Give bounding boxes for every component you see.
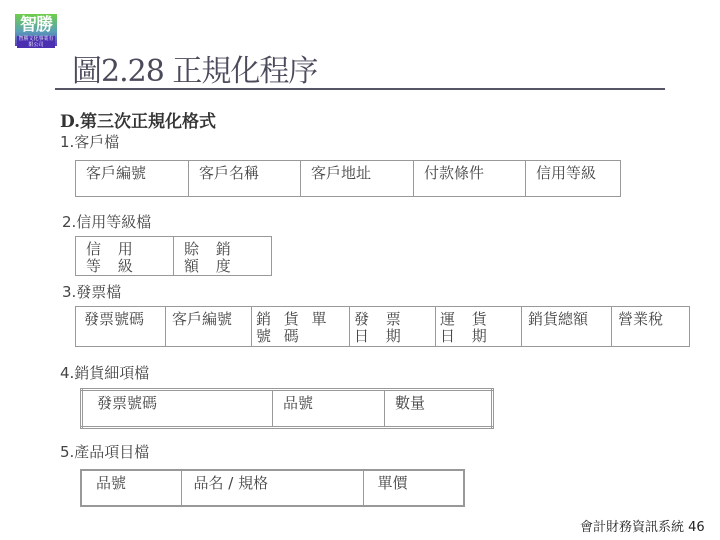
- product-file-label: 5.產品項目檔: [60, 441, 149, 462]
- credit-file-label: 2.信用等級檔: [62, 211, 151, 232]
- table-cell: 運 貨 日 期: [436, 307, 522, 347]
- table-row: 發票號碼 品號 數量: [82, 390, 493, 428]
- footer: 會計財務資訊系統 46: [580, 516, 705, 535]
- publisher-logo: 智勝 智勝文化事業有限公司: [15, 14, 57, 46]
- page-title: 圖2.28 正規化程序: [72, 46, 317, 90]
- footer-book-title: 會計財務資訊系統: [580, 520, 684, 535]
- page-number: 46: [688, 520, 705, 535]
- logo-text: 智勝: [15, 14, 57, 36]
- table-cell: 營業稅: [612, 307, 690, 347]
- title-divider: [55, 88, 665, 90]
- sales-detail-file-table: 發票號碼 品號 數量: [80, 388, 494, 429]
- table-cell: 單價: [363, 470, 464, 506]
- table-cell: 賒 銷 額 度: [174, 237, 272, 276]
- table-row: 客戶編號 客戶名稱 客戶地址 付款條件 信用等級: [76, 161, 621, 197]
- table-cell: 品號: [81, 470, 181, 506]
- table-cell: 客戶編號: [76, 161, 189, 197]
- product-file-table: 品號 品名 / 規格 單價: [80, 469, 465, 507]
- invoice-file-table: 發票號碼 客戶編號 銷 貨 單 號 碼 發 票 日 期 運 貨 日 期 銷貨總額…: [75, 306, 690, 347]
- table-cell: 數量: [385, 390, 493, 428]
- credit-file-table: 信 用 等 級 賒 銷 額 度: [75, 236, 272, 276]
- table-row: 品號 品名 / 規格 單價: [81, 470, 464, 506]
- table-cell: 信用等級: [526, 161, 621, 197]
- table-cell: 客戶編號: [166, 307, 252, 347]
- logo-subtext: 智勝文化事業有限公司: [17, 36, 55, 48]
- table-cell: 發票號碼: [76, 307, 166, 347]
- table-cell: 付款條件: [414, 161, 526, 197]
- invoice-file-label: 3.發票檔: [62, 281, 121, 302]
- table-cell: 品名 / 規格: [181, 470, 363, 506]
- table-cell: 發票號碼: [82, 390, 273, 428]
- table-cell: 品號: [273, 390, 385, 428]
- table-row: 信 用 等 級 賒 銷 額 度: [76, 237, 272, 276]
- sales-detail-file-label: 4.銷貨細項檔: [60, 362, 149, 383]
- table-cell: 客戶地址: [301, 161, 414, 197]
- table-cell: 信 用 等 級: [76, 237, 174, 276]
- table-cell: 銷貨總額: [522, 307, 612, 347]
- table-row: 發票號碼 客戶編號 銷 貨 單 號 碼 發 票 日 期 運 貨 日 期 銷貨總額…: [76, 307, 690, 347]
- table-cell: 客戶名稱: [189, 161, 301, 197]
- customer-file-label: 1.客戶檔: [60, 131, 119, 152]
- section-subtitle: D.第三次正規化格式: [60, 107, 216, 132]
- table-cell: 發 票 日 期: [350, 307, 436, 347]
- table-cell: 銷 貨 單 號 碼: [252, 307, 350, 347]
- customer-file-table: 客戶編號 客戶名稱 客戶地址 付款條件 信用等級: [75, 160, 621, 197]
